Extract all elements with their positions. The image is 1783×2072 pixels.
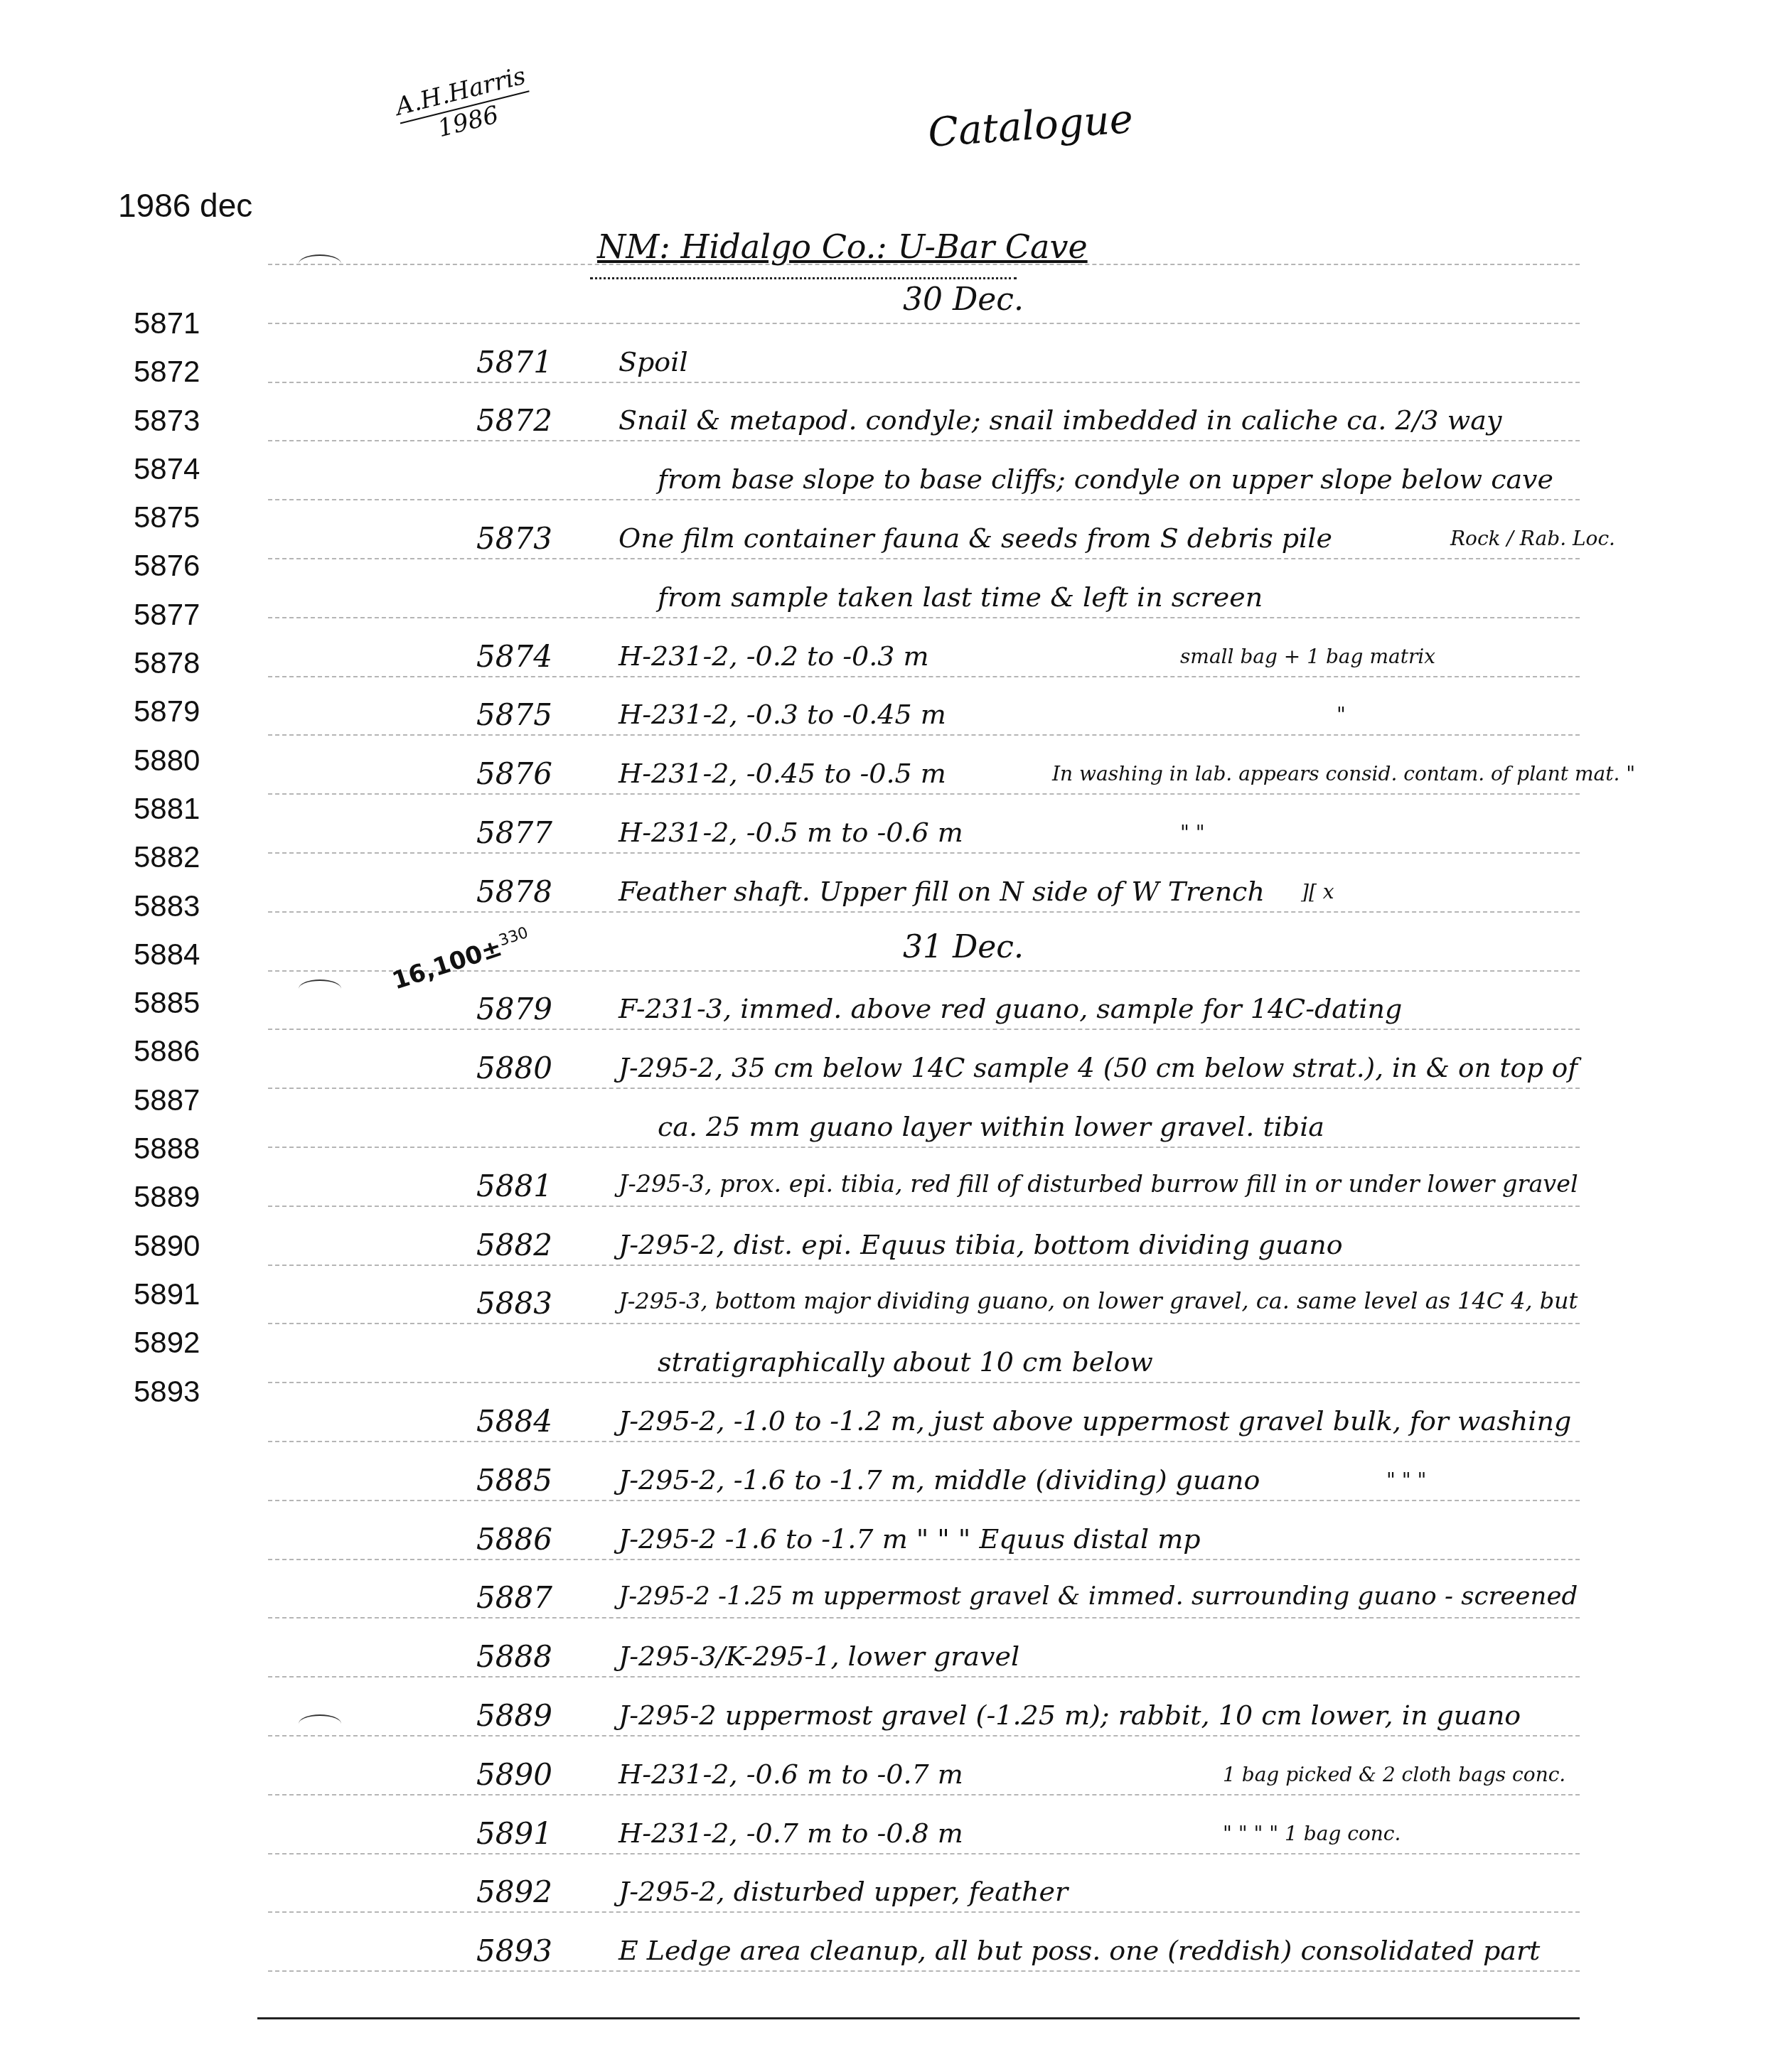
printed-number: 5884 <box>134 937 200 985</box>
entry-side-note: " <box>1337 703 1346 726</box>
entry-description: J-295-3, prox. epi. tibia, red fill of d… <box>619 1170 1578 1198</box>
entry-number: 5871 <box>476 345 552 380</box>
entry-number: 5887 <box>476 1580 552 1615</box>
printed-number: 5880 <box>134 743 200 791</box>
entry-continuation: from sample taken last time & left in sc… <box>658 581 1263 613</box>
printed-number: 5886 <box>134 1034 200 1082</box>
printed-number: 5891 <box>134 1277 200 1325</box>
printed-number: 5874 <box>134 451 200 500</box>
entry-description: H-231-2, -0.5 m to -0.6 m <box>619 817 963 848</box>
ruled-line <box>268 1265 1580 1266</box>
entry-description: J-295-2, -1.0 to -1.2 m, just above uppe… <box>619 1405 1571 1437</box>
printed-number: 5877 <box>134 597 200 645</box>
entry-number: 5892 <box>476 1874 552 1909</box>
date-header-31-dec: 31 Dec. <box>903 929 1024 965</box>
entry-description: J-295-2, -1.6 to -1.7 m, middle (dividin… <box>619 1464 1260 1496</box>
entry-description: E Ledge area cleanup, all but poss. one … <box>619 1935 1540 1966</box>
margin-punch-mark <box>299 979 341 998</box>
ruled-line <box>268 1088 1580 1089</box>
author-signature: A.H.Harris 1986 <box>393 62 536 152</box>
entry-continuation: from base slope to base cliffs; condyle … <box>658 463 1553 495</box>
entry-description: H-231-2, -0.3 to -0.45 m <box>619 699 946 730</box>
ruled-line <box>268 911 1580 913</box>
printed-number: 5889 <box>134 1179 200 1228</box>
entry-number: 5886 <box>476 1522 552 1557</box>
entry-description: Spoil <box>619 346 688 377</box>
printed-number: 5882 <box>134 839 200 888</box>
entry-description: One film container fauna & seeds from S … <box>619 522 1332 554</box>
ruled-line <box>268 1735 1580 1736</box>
ruled-line <box>268 1853 1580 1854</box>
printed-number: 5890 <box>134 1228 200 1277</box>
entry-number: 5880 <box>476 1051 552 1085</box>
ruled-line <box>268 1559 1580 1560</box>
ruled-line <box>268 1206 1580 1207</box>
entry-description: J-295-2 -1.6 to -1.7 m " " " Equus dista… <box>619 1523 1201 1555</box>
printed-number-list: 5871587258735874587558765877587858795880… <box>134 306 200 1422</box>
month-label: 1986 dec <box>118 186 252 225</box>
entry-description: H-231-2, -0.6 m to -0.7 m <box>619 1759 963 1790</box>
ruled-line <box>268 1676 1580 1678</box>
entry-description: J-295-3/K-295-1, lower gravel <box>619 1641 1019 1672</box>
printed-number: 5878 <box>134 645 200 694</box>
entry-number: 5881 <box>476 1169 552 1203</box>
site-title: NM: Hidalgo Co.: U-Bar Cave <box>597 227 1088 266</box>
ruled-line <box>268 558 1580 559</box>
entry-number: 5891 <box>476 1816 552 1851</box>
entry-number: 5893 <box>476 1933 552 1968</box>
margin-punch-mark <box>299 254 341 273</box>
entry-number: 5873 <box>476 521 552 556</box>
entry-side-note: ][ x <box>1301 880 1334 903</box>
entry-number: 5885 <box>476 1463 552 1498</box>
ruled-line <box>268 734 1580 736</box>
date-header-30-dec: 30 Dec. <box>903 281 1024 318</box>
entry-description: J-295-2 -1.25 m uppermost gravel & immed… <box>619 1582 1578 1611</box>
ruled-line <box>268 382 1580 383</box>
entry-number: 5879 <box>476 992 552 1026</box>
entry-description: J-295-2, disturbed upper, feather <box>619 1876 1068 1907</box>
bottom-rule <box>257 2017 1580 2019</box>
ruled-line <box>268 499 1580 500</box>
entry-side-note: " " <box>1180 821 1205 844</box>
ruled-line <box>268 1382 1580 1383</box>
entry-side-note: " " " " 1 bag conc. <box>1223 1822 1401 1845</box>
entry-number: 5890 <box>476 1757 552 1792</box>
printed-number: 5893 <box>134 1374 200 1422</box>
entry-number: 5875 <box>476 697 552 732</box>
printed-number: 5887 <box>134 1083 200 1131</box>
printed-number: 5873 <box>134 403 200 451</box>
ruled-line <box>268 440 1580 441</box>
ruled-line <box>268 676 1580 677</box>
entry-number: 5876 <box>476 756 552 791</box>
entry-side-note: " " " <box>1386 1469 1426 1492</box>
entry-continuation: ca. 25 mm guano layer within lower grave… <box>658 1111 1324 1142</box>
entry-number: 5872 <box>476 403 552 438</box>
margin-punch-mark <box>299 1714 341 1733</box>
ruled-line <box>268 1323 1580 1324</box>
site-title-underline <box>590 270 1017 279</box>
entry-description: Feather shaft. Upper fill on N side of W… <box>619 876 1265 907</box>
radiocarbon-value: 16,100± <box>389 933 505 995</box>
entry-continuation: stratigraphically about 10 cm below <box>658 1346 1153 1378</box>
entry-number: 5889 <box>476 1698 552 1733</box>
ruled-line <box>268 852 1580 854</box>
entry-number: 5884 <box>476 1404 552 1439</box>
ruled-line <box>268 1500 1580 1501</box>
entry-description: J-295-2 uppermost gravel (-1.25 m); rabb… <box>619 1700 1521 1731</box>
page-title: Catalogue <box>926 96 1135 156</box>
entry-description: H-231-2, -0.7 m to -0.8 m <box>619 1818 963 1849</box>
printed-number: 5883 <box>134 889 200 937</box>
entry-description: H-231-2, -0.45 to -0.5 m <box>619 758 946 789</box>
entry-number: 5888 <box>476 1639 552 1674</box>
entry-number: 5877 <box>476 815 552 850</box>
entry-description: J-295-2, dist. epi. Equus tibia, bottom … <box>619 1229 1343 1260</box>
ruled-line <box>268 1147 1580 1148</box>
printed-number: 5871 <box>134 306 200 354</box>
entry-description: F-231-3, immed. above red guano, sample … <box>619 993 1402 1024</box>
printed-number: 5875 <box>134 500 200 548</box>
ruled-line <box>268 1794 1580 1795</box>
ruled-line <box>268 1970 1580 1972</box>
entry-description: Snail & metapod. condyle; snail imbedded… <box>619 404 1501 436</box>
printed-number: 5892 <box>134 1325 200 1373</box>
printed-number: 5888 <box>134 1131 200 1179</box>
entry-side-note: small bag + 1 bag matrix <box>1180 645 1435 668</box>
ruled-line <box>268 323 1580 324</box>
ruled-line <box>268 1441 1580 1442</box>
printed-number: 5885 <box>134 985 200 1034</box>
entry-number: 5878 <box>476 874 552 909</box>
entry-number: 5883 <box>476 1286 552 1321</box>
entry-side-note: Rock / Rab. Loc. <box>1450 527 1615 550</box>
ruled-line <box>268 793 1580 795</box>
entry-side-note: 1 bag picked & 2 cloth bags conc. <box>1223 1763 1565 1786</box>
ruled-line <box>268 1617 1580 1619</box>
ruled-line <box>268 617 1580 618</box>
entry-number: 5882 <box>476 1228 552 1262</box>
printed-number: 5881 <box>134 791 200 839</box>
entry-description: J-295-3, bottom major dividing guano, on… <box>619 1287 1578 1314</box>
printed-number: 5872 <box>134 354 200 402</box>
entry-description: J-295-2, 35 cm below 14C sample 4 (50 cm… <box>619 1052 1578 1083</box>
printed-number: 5876 <box>134 548 200 596</box>
radiocarbon-error: 330 <box>497 924 531 950</box>
entry-number: 5874 <box>476 639 552 674</box>
entry-side-note: In washing in lab. appears consid. conta… <box>1052 762 1635 785</box>
ruled-line <box>268 1911 1580 1913</box>
entry-description: H-231-2, -0.2 to -0.3 m <box>619 640 929 672</box>
ruled-line <box>268 1029 1580 1030</box>
printed-number: 5879 <box>134 694 200 742</box>
radiocarbon-date-note: 16,100±330 <box>389 924 534 996</box>
